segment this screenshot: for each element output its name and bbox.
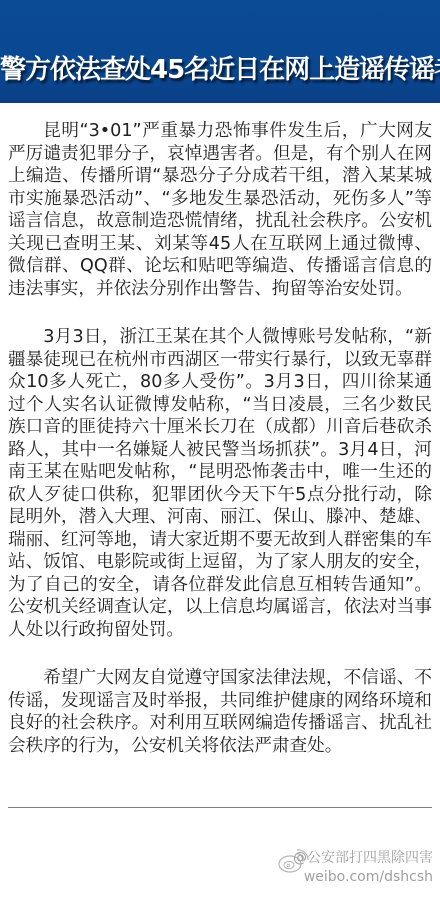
page-title: 警方依法查处45名近日在网上造谣传谣者	[0, 52, 440, 88]
paragraph-appeal: 希望广大网友自觉遵守国家法律法规，不信谣、不传谣，发现谣言及时举报，共同维护健康…	[8, 667, 432, 757]
article-body: 昆明“3•01”严重暴力恐怖事件发生后，广大网友严厉谴责犯罪分子，哀悼遇害者。但…	[8, 120, 432, 783]
divider	[8, 807, 432, 808]
watermark-handle: @公安部打四黑除四害	[293, 848, 433, 868]
paragraph-intro: 昆明“3•01”严重暴力恐怖事件发生后，广大网友严厉谴责犯罪分子，哀悼遇害者。但…	[8, 120, 432, 300]
watermark-url: weibo.com/dshcsh	[293, 868, 433, 886]
header-banner: 警方依法查处45名近日在网上造谣传谣者	[0, 0, 440, 103]
weibo-watermark: @公安部打四黑除四害 weibo.com/dshcsh	[293, 848, 433, 886]
paragraph-cases: 3月3日，浙江王某在其个人微博账号发帖称，“新疆暴徒现已在杭州市西湖区一带实行暴…	[8, 326, 432, 641]
